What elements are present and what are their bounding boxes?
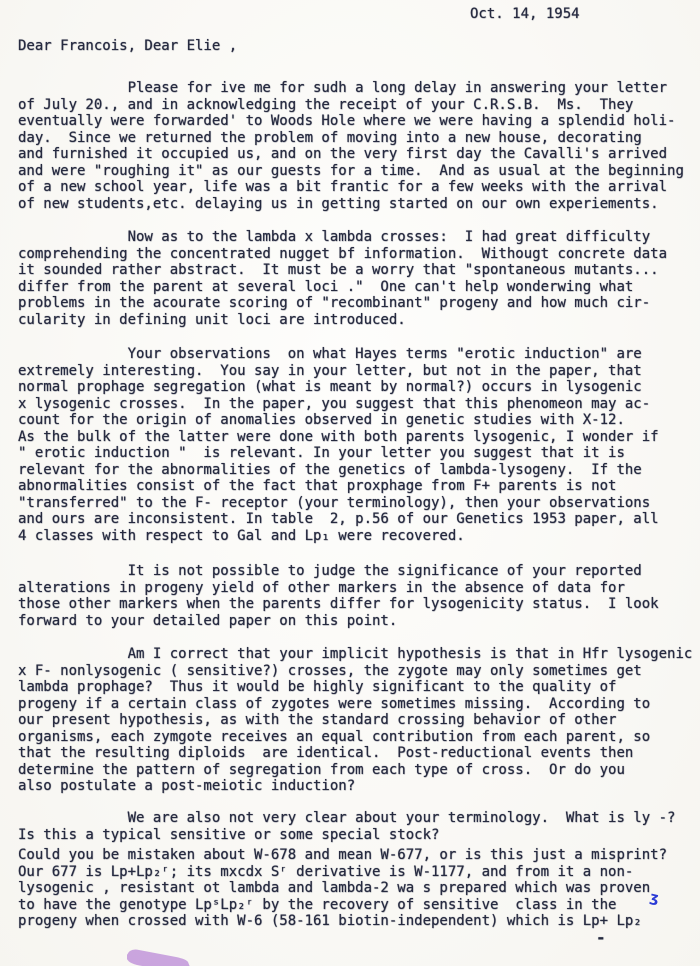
purple-marker-streak-shape	[127, 950, 190, 966]
text-line: count for the origin of anomalies observ…	[18, 412, 659, 429]
text-line: problems in the acourate scoring of "rec…	[18, 295, 667, 312]
text-line: abnormalities consist of the fact that p…	[18, 478, 659, 495]
text-line: differ from the parent at several loci .…	[18, 279, 667, 296]
text-line: it sounded rather abstract. It must be a…	[18, 262, 667, 279]
text-line: forward to your detailed paper on this p…	[18, 613, 659, 630]
paragraph: Your observations on what Hayes terms "e…	[18, 346, 659, 544]
text-line: also postulate a post-meiotic induction?	[18, 778, 692, 795]
text-line: eventually were forwarded' to Woods Hole…	[18, 113, 684, 130]
letter-page: Oct. 14, 1954 Dear Francois, Dear Elie ,…	[0, 0, 700, 966]
text-line: Am I correct that your implicit hypothes…	[18, 646, 692, 663]
text-line: of a new school year, life was a bit fra…	[18, 179, 684, 196]
text-line: to have the genotype LpˢLp₂ʳ by the reco…	[18, 897, 667, 914]
text-line: lysogenic , resistant ot lambda and lamb…	[18, 880, 667, 897]
text-line: alterations in progeny yield of other ma…	[18, 580, 659, 597]
text-line: progeny when crossed with W-6 (58-161 bi…	[18, 913, 667, 930]
text-line: We are also not very clear about your te…	[18, 810, 675, 827]
text-line: Could you be mistaken about W-678 and me…	[18, 847, 667, 864]
text-line: " erotic induction " is relevant. In you…	[18, 445, 659, 462]
text-line: Our 677 is Lp+Lp₂ʳ; its mxcdx Sʳ derivat…	[18, 864, 667, 881]
text-line: and were "roughing it" as our guests for…	[18, 163, 684, 180]
paragraph: Now as to the lambda x lambda crosses: I…	[18, 229, 667, 328]
text-line: 4 classes with respect to Gal and Lp₁ we…	[18, 528, 659, 545]
paragraph: Please for ive me for sudh a long delay …	[18, 80, 684, 212]
text-line: and furnished it occupied us, and on the…	[18, 146, 684, 163]
purple-marker-streak	[124, 947, 194, 966]
text-line: those other markers when the parents dif…	[18, 596, 659, 613]
letter-salutation: Dear Francois, Dear Elie ,	[18, 38, 237, 55]
text-line: organisms, each zymgote receives an equa…	[18, 729, 692, 746]
text-line: Now as to the lambda x lambda crosses: I…	[18, 229, 667, 246]
text-line: Is this a typical sensitive or some spec…	[18, 827, 675, 844]
text-line: of new students,etc. delaying us in gett…	[18, 196, 684, 213]
text-line: normal prophage segregation (what is mea…	[18, 379, 659, 396]
text-line: comprehending the concentrated nugget bf…	[18, 246, 667, 263]
paragraph: We are also not very clear about your te…	[18, 810, 675, 843]
text-line: relevant for the abnormalities of the ge…	[18, 462, 659, 479]
text-line: of July 20., and in acknowledging the re…	[18, 97, 684, 114]
text-line: progeny if a certain class of zygotes we…	[18, 696, 692, 713]
text-line: "transferred" to the F- receptor (your t…	[18, 495, 659, 512]
paragraph: It is not possible to judge the signific…	[18, 563, 659, 629]
text-line: x F- nonlysogenic ( sensitive?) crosses,…	[18, 663, 692, 680]
letter-date: Oct. 14, 1954	[470, 6, 580, 23]
text-line: day. Since we returned the problem of mo…	[18, 130, 684, 147]
text-line: It is not possible to judge the signific…	[18, 563, 659, 580]
text-line: Your observations on what Hayes terms "e…	[18, 346, 659, 363]
text-line: extremely interesting. You say in your l…	[18, 363, 659, 380]
text-line: Please for ive me for sudh a long delay …	[18, 80, 684, 97]
paragraph: Am I correct that your implicit hypothes…	[18, 646, 692, 795]
text-line: lambda prophage? Thus it would be highly…	[18, 679, 692, 696]
text-line: determine the pattern of segregation fro…	[18, 762, 692, 779]
text-line: x lysogenic crosses. In the paper, you s…	[18, 396, 659, 413]
text-line: As the bulk of the latter were done with…	[18, 429, 659, 446]
text-line: our present hypothesis, as with the stan…	[18, 712, 692, 729]
text-line: that the resulting diploids are identica…	[18, 745, 692, 762]
text-line: and ours are inconsistent. In table 2, p…	[18, 511, 659, 528]
paragraph: Could you be mistaken about W-678 and me…	[18, 847, 667, 930]
text-line: cularity in defining unit loci are intro…	[18, 312, 667, 329]
stray-dash-mark: -	[596, 928, 606, 947]
